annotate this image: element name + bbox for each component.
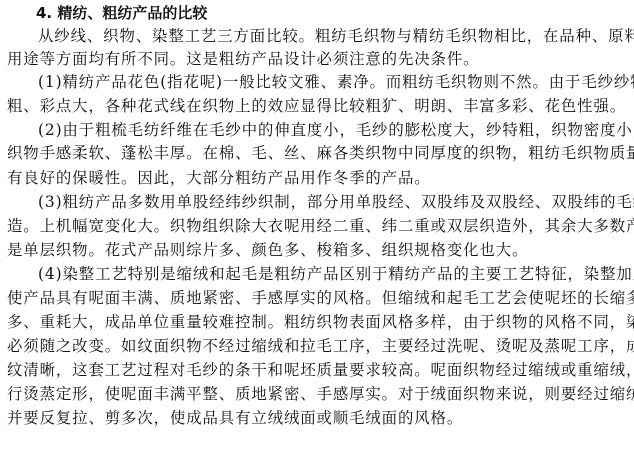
text-line: 必须随之改变。如纹面织物不经过缩绒和拉毛工序，主要经过洗呢、烫呢及蒸呢工序，成品… (7, 336, 627, 356)
text-line: 多、重耗大，成品单位重量较难控制。粗纺织物表面风格多样，由于织物的风格不同，染整… (7, 312, 627, 332)
text-line: 行烫蒸定形，使呢面丰满平整、质地紧密、手感厚实。对于绒面织物来说，则要经过缩绒与… (7, 384, 627, 404)
text-line: 织物手感柔软、蓬松丰厚。在棉、毛、丝、麻各类织物中同厚度的织物，粗纺毛织物质量最… (7, 143, 627, 163)
text-line: (1)精纺产品花色(指花呢)一般比较文雅、素净。而粗纺毛织物则不然。由于毛纱纱特 (38, 72, 628, 92)
section-title: 4. 精纺、粗纺产品的比较 (36, 2, 207, 23)
text-line: 从纱线、织物、染整工艺三方面比较。粗纺毛织物与精纺毛织物相比，在品种、原料、工艺… (38, 26, 628, 46)
text-line: 用途等方面均有所不同。这是粗纺产品设计必须注意的先决条件。 (7, 49, 627, 69)
text-line: 纹清晰，这套工艺过程对毛纱的条干和呢坯质量要求较高。呢面织物经过缩绒或重缩绒，再… (7, 360, 627, 380)
text-line: 使产品具有呢面丰满、质地紧密、手感厚实的风格。但缩绒和起毛工艺会使呢坯的长缩多、… (7, 288, 627, 308)
text-line: 并要反复拉、剪多次，使成品具有立绒绒面或顺毛绒面的风格。 (7, 408, 627, 428)
text-line: (3)粗纺产品多数用单股经纬纱织制，部分用单股经、双股纬及双股经、双股纬的毛纱织 (38, 192, 628, 212)
text-line: (4)染整工艺特别是缩绒和起毛是粗纺产品区别于精纺产品的主要工艺特征，染整加工能 (38, 264, 628, 284)
text-line: 是单层织物。花式产品则综片多、颜色多、梭箱多、组织规格变化也大。 (7, 240, 627, 260)
text-line: 有良好的保暖性。因此，大部分粗纺产品用作冬季的产品。 (7, 168, 627, 188)
document-page: 4. 精纺、粗纺产品的比较 从纱线、织物、染整工艺三方面比较。粗纺毛织物与精纺毛… (0, 0, 634, 450)
text-line: 粗、彩点大，各种花式线在织物上的效应显得比较粗犷、明朗、丰富多彩、花色性强。 (7, 96, 627, 116)
text-line: (2)由于粗梳毛纺纤维在毛纱中的伸直度小，毛纱的膨松度大，纱特粗，织物密度小，因… (38, 120, 628, 140)
text-line: 造。上机幅宽变化大。织物组织除大衣呢用经二重、纬二重或双层织造外，其余大多数产品… (7, 216, 627, 236)
